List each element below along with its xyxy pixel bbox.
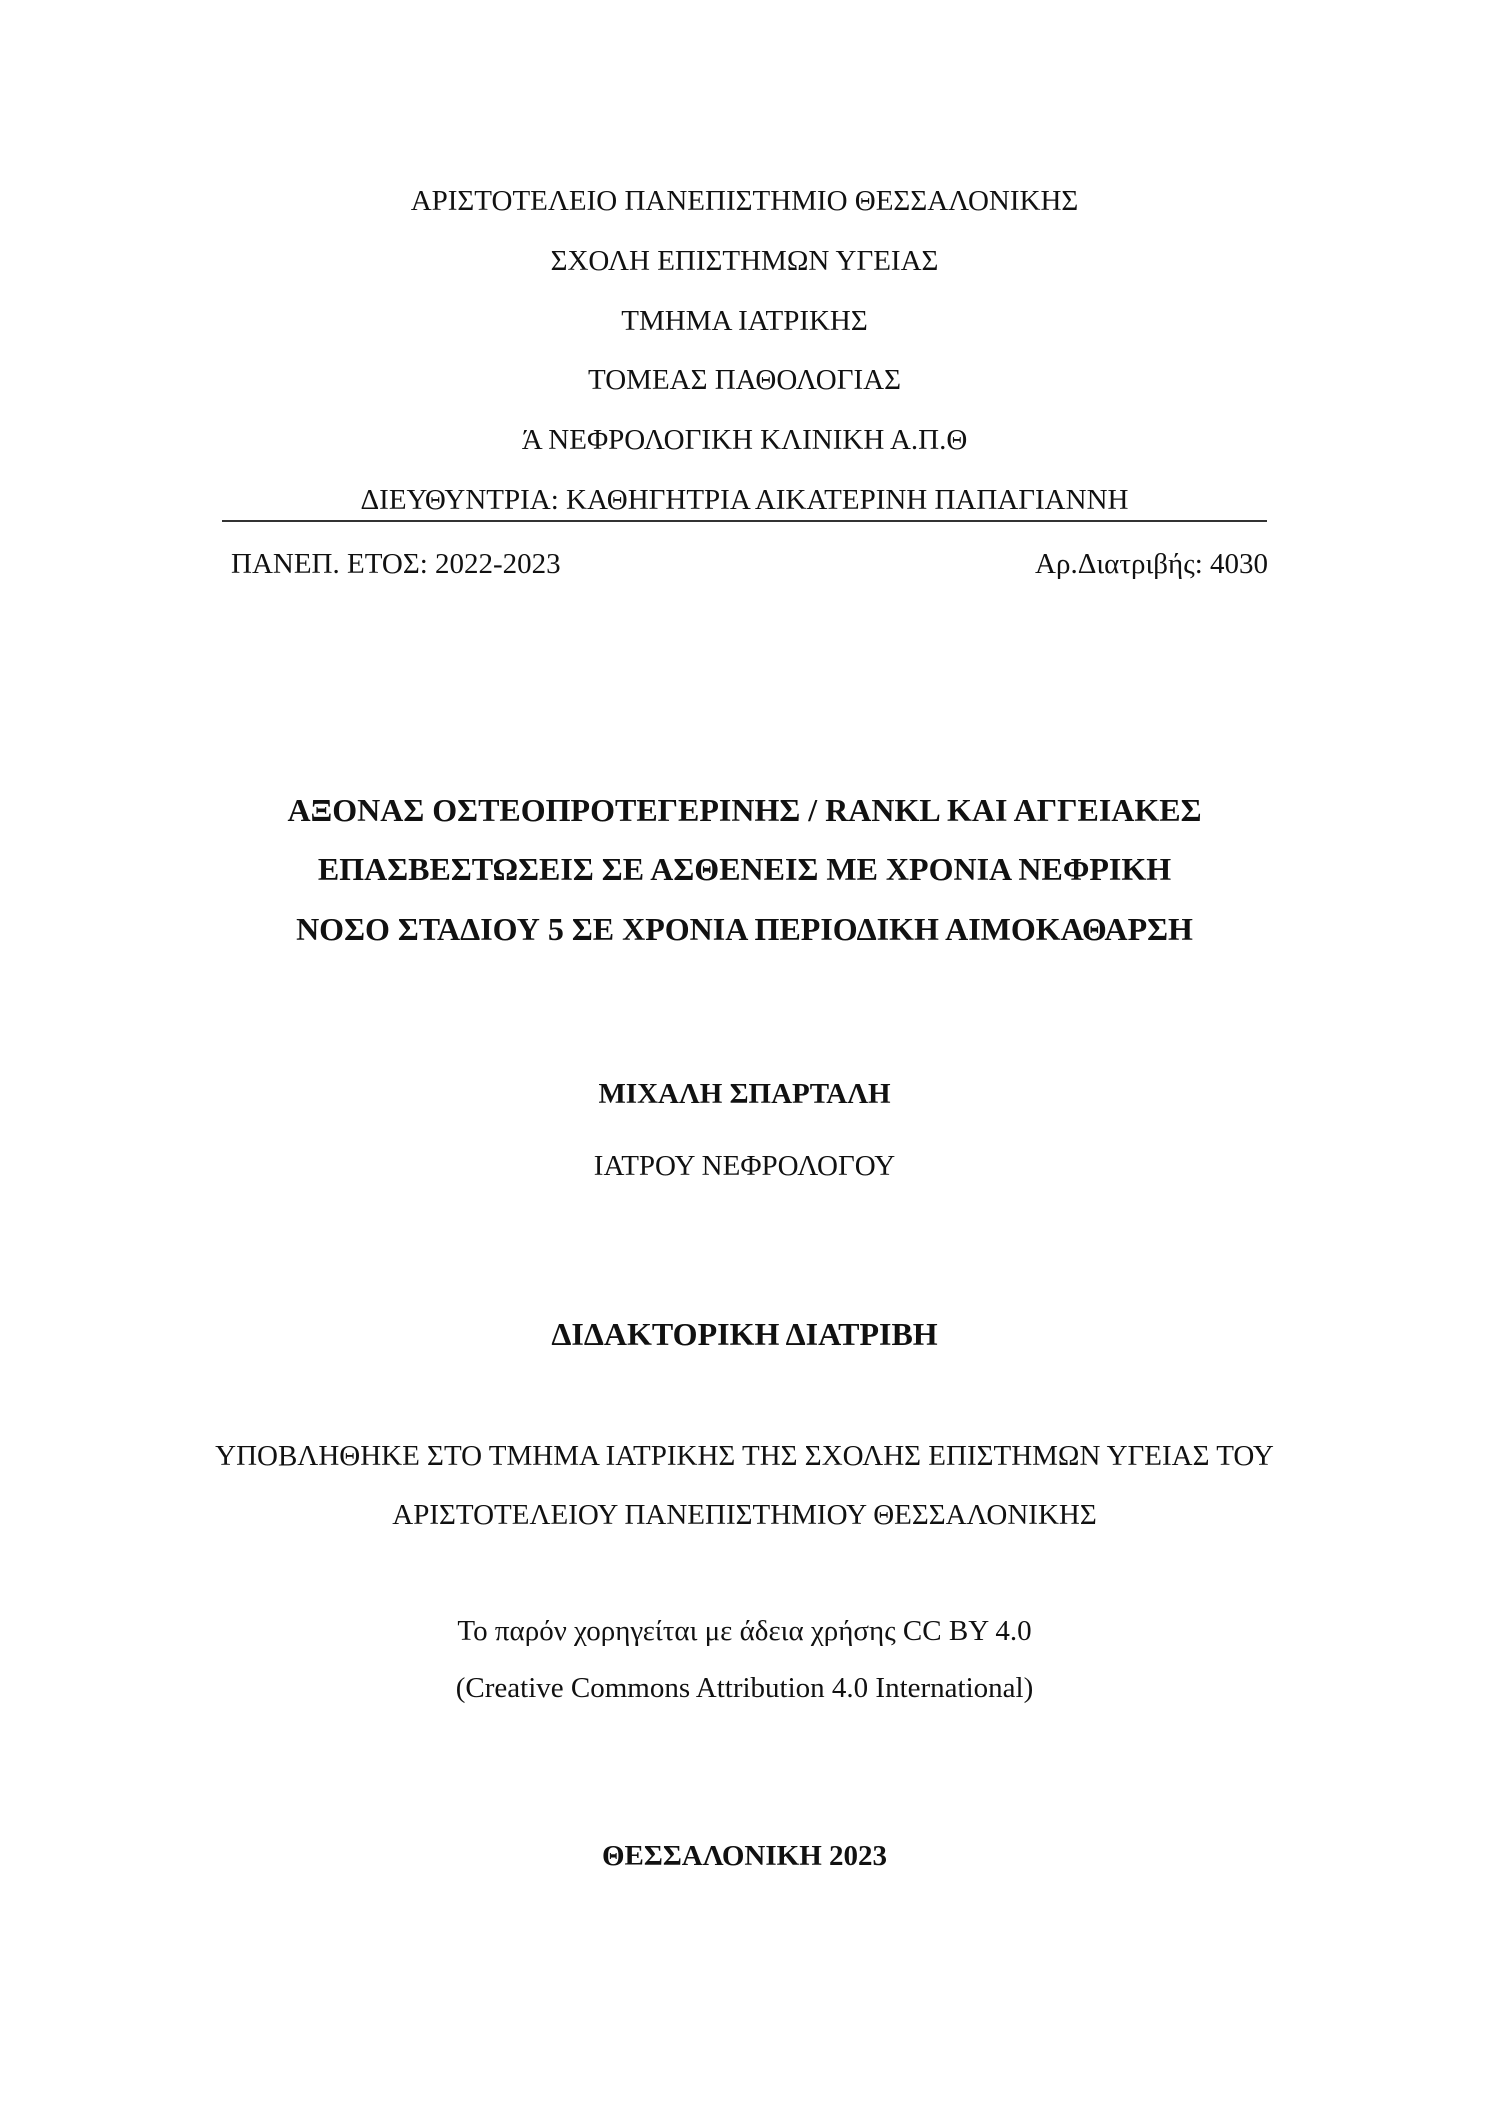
thesis-title-line-1: ΑΞΟΝΑΣ ΟΣΤΕΟΠΡΟΤΕΓΕΡΙΝΗΣ / RANKL ΚΑΙ ΑΓΓ… [0,794,1489,826]
thesis-title-line-2: ΕΠΑΣΒΕΣΤΩΣΕΙΣ ΣΕ ΑΣΘΕΝΕΙΣ ΜΕ ΧΡΟΝΙΑ ΝΕΦΡ… [0,853,1489,885]
department-name: ΤΜΗΜΑ ΙΑΤΡΙΚΗΣ [0,307,1489,336]
director-line: ΔΙΕΥΘΥΝΤΡΙΑ: ΚΑΘΗΓΗΤΡΙΑ ΑΙΚΑΤΕΡΙΝΗ ΠΑΠΑΓ… [0,486,1489,515]
university-name: ΑΡΙΣΤΟΤΕΛΕΙΟ ΠΑΝΕΠΙΣΤΗΜΙΟ ΘΕΣΣΑΛΟΝΙΚΗΣ [0,187,1489,216]
submission-line-2: ΑΡΙΣΤΟΤΕΛΕΙΟΥ ΠΑΝΕΠΙΣΤΗΜΙΟΥ ΘΕΣΣΑΛΟΝΙΚΗΣ [0,1501,1489,1530]
license-line-1: Το παρόν χορηγείται με άδεια χρήσης CC B… [0,1617,1489,1646]
place-year: ΘΕΣΣΑΛΟΝΙΚΗ 2023 [0,1842,1489,1871]
author-profession: ΙΑΤΡΟΥ ΝΕΦΡΟΛΟΓΟΥ [0,1152,1489,1181]
thesis-number: Αρ.Διατριβής: 4030 [1035,550,1268,579]
author-name: ΜΙΧΑΛΗ ΣΠΑΡΤΑΛΗ [0,1080,1489,1109]
license-line-2: (Creative Commons Attribution 4.0 Intern… [0,1674,1489,1703]
sector-name: ΤΟΜΕΑΣ ΠΑΘΟΛΟΓΙΑΣ [0,366,1489,395]
thesis-title-line-3: ΝΟΣΟ ΣΤΑΔΙΟΥ 5 ΣΕ ΧΡΟΝΙΑ ΠΕΡΙΟΔΙΚΗ ΑΙΜΟΚ… [0,913,1489,945]
school-name: ΣΧΟΛΗ ΕΠΙΣΤΗΜΩΝ ΥΓΕΙΑΣ [0,247,1489,276]
academic-year: ΠΑΝΕΠ. ΕΤΟΣ: 2022-2023 [231,550,561,579]
submission-line-1: ΥΠΟΒΛΗΘΗΚΕ ΣΤΟ ΤΜΗΜΑ ΙΑΤΡΙΚΗΣ ΤΗΣ ΣΧΟΛΗΣ… [0,1442,1489,1471]
header-divider [222,520,1267,522]
clinic-name: Ά ΝΕΦΡΟΛΟΓΙΚΗ ΚΛΙΝΙΚΗ Α.Π.Θ [0,426,1489,455]
thesis-type: ΔΙΔΑΚΤΟΡΙΚΗ ΔΙΑΤΡΙΒΗ [0,1318,1489,1350]
